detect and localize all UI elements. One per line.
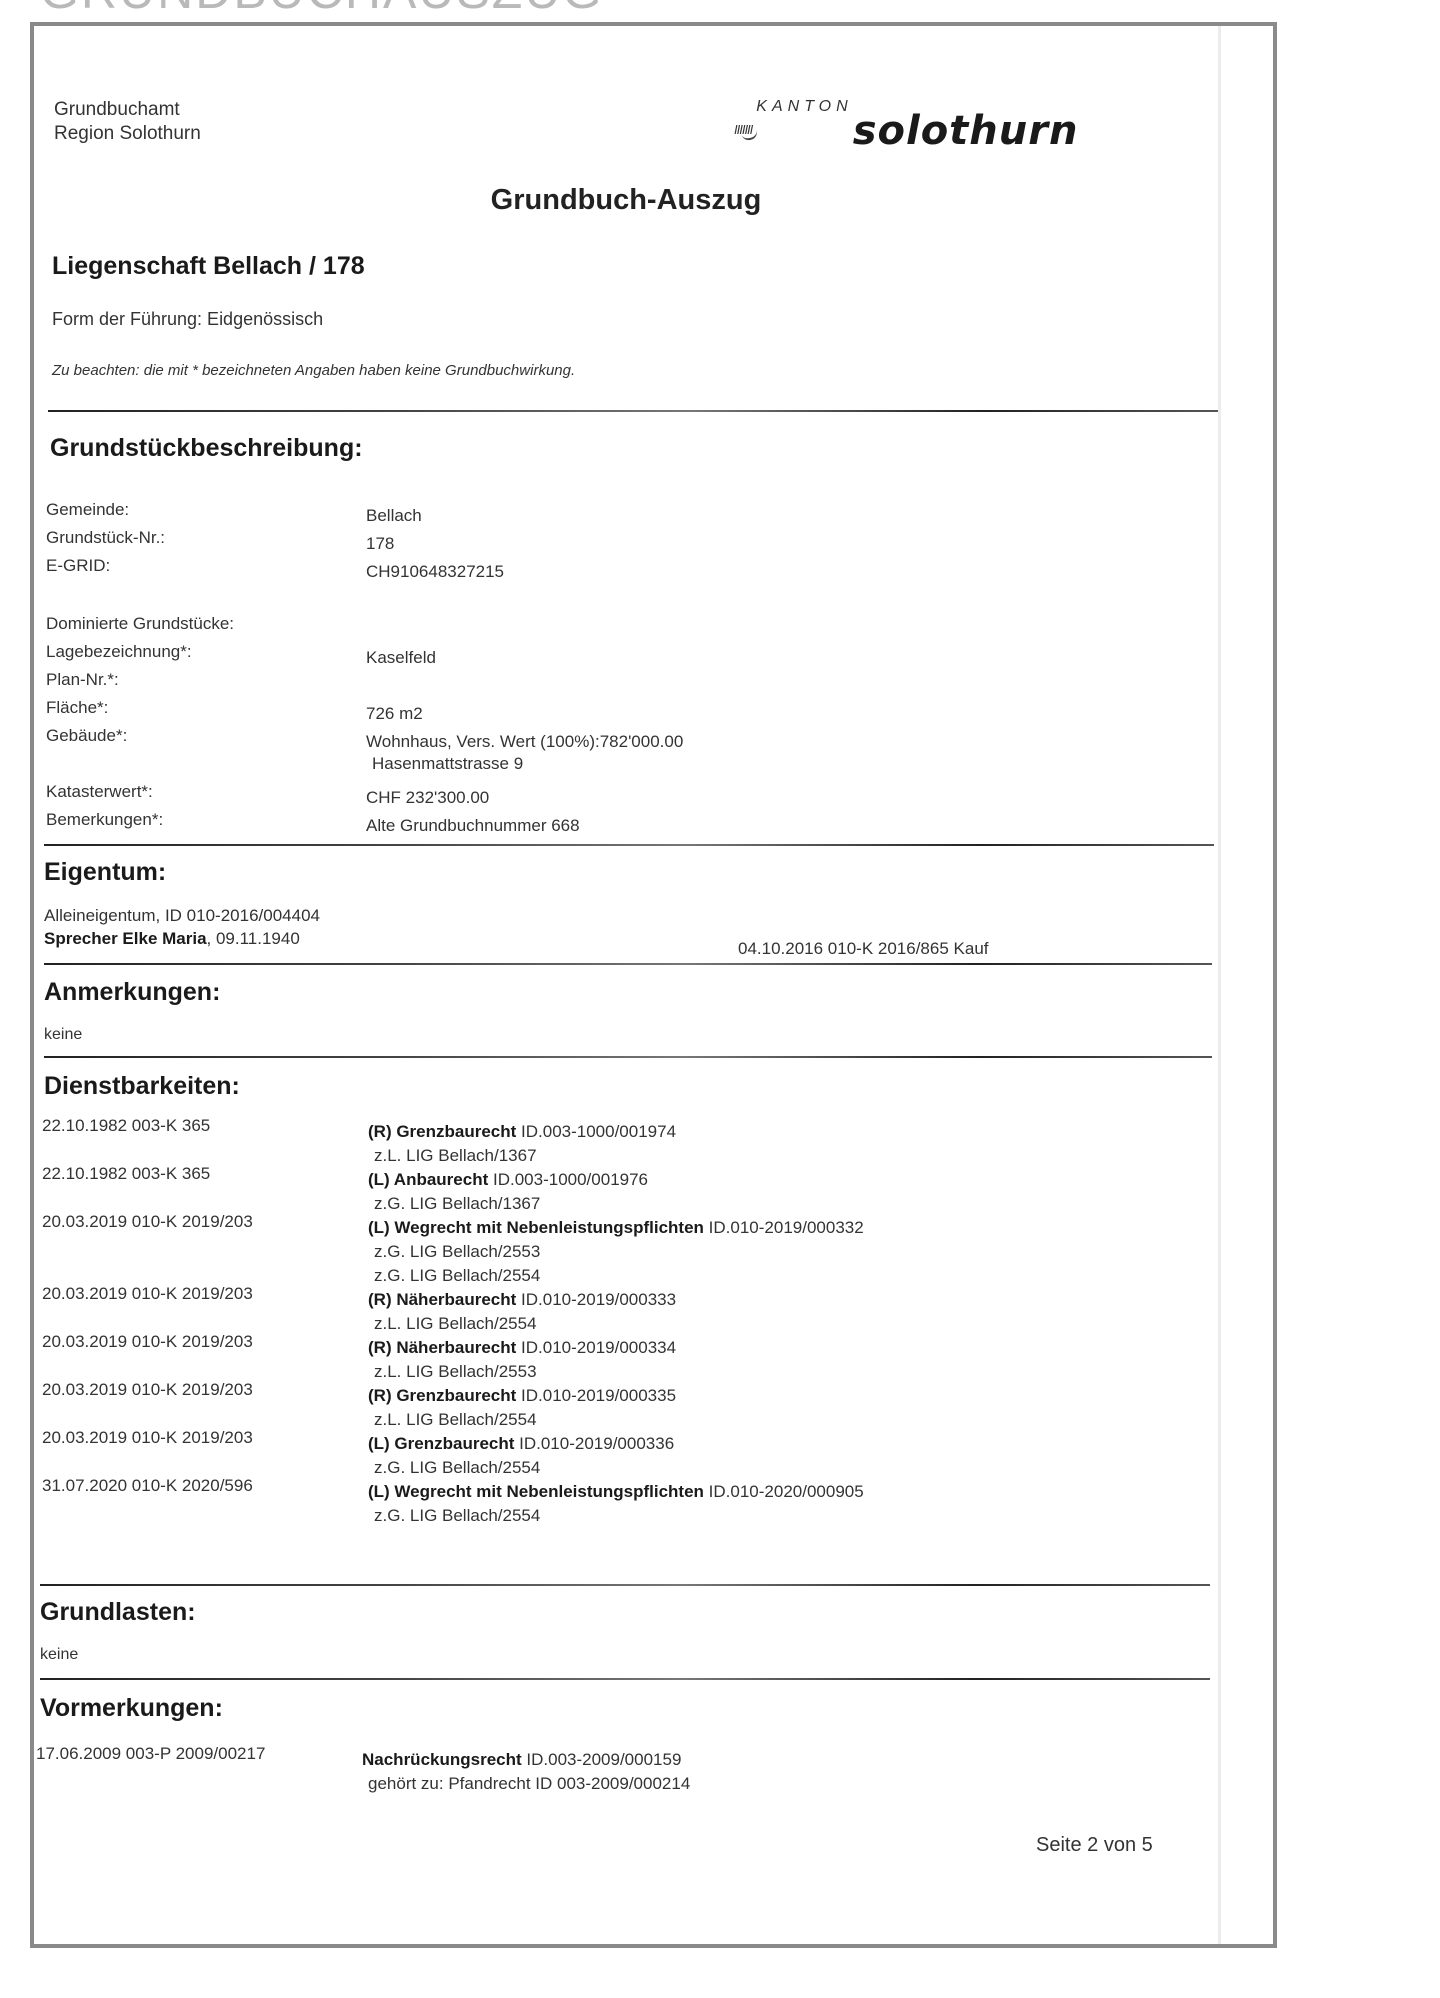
section-heading-ownership: Eigentum: — [44, 858, 166, 887]
entry-row: 20.03.2019 010-K 2019/203(R) Näherbaurec… — [42, 1282, 1142, 1336]
divider — [44, 844, 1214, 846]
page-number: Seite 2 von 5 — [1036, 1834, 1153, 1857]
entry-row: 22.10.1982 003-K 365(R) Grenzbaurecht ID… — [42, 1114, 1142, 1168]
divider — [40, 1584, 1210, 1586]
entry-row: 20.03.2019 010-K 2019/203(R) Näherbaurec… — [42, 1330, 1142, 1384]
document-title: Grundbuch-Auszug — [34, 184, 1218, 217]
entry-type: Nachrückungsrecht — [362, 1750, 522, 1769]
entry-id: ID.010-2019/000336 — [514, 1434, 674, 1453]
owner-name: Sprecher Elke Maria — [44, 929, 207, 948]
field-value: Kaselfeld — [366, 648, 436, 668]
page-heading: GRUNDBUCHAUSZUG — [40, 0, 603, 20]
entry-detail: Nachrückungsrecht ID.003-2009/000159gehö… — [362, 1742, 882, 1796]
field-value: Alte Grundbuchnummer 668 — [366, 816, 580, 836]
section-heading-priority-notices: Vormerkungen: — [40, 1694, 223, 1723]
entry-reference: 22.10.1982 003-K 365 — [42, 1162, 368, 1216]
entry-row: 20.03.2019 010-K 2019/203(L) Wegrecht mi… — [42, 1210, 1142, 1288]
office-line-1: Grundbuchamt — [54, 98, 201, 122]
entry-reference: 20.03.2019 010-K 2019/203 — [42, 1210, 368, 1288]
section-heading-annotations: Anmerkungen: — [44, 978, 220, 1007]
entry-detail: (R) Grenzbaurecht ID.003-1000/001974z.L.… — [368, 1114, 888, 1168]
field-value: CHF 232'300.00 — [366, 788, 489, 808]
section-heading-land-charges: Grundlasten: — [40, 1598, 196, 1627]
owner: Sprecher Elke Maria, 09.11.1940 — [44, 929, 300, 949]
entry-row: 20.03.2019 010-K 2019/203(L) Grenzbaurec… — [42, 1426, 1142, 1480]
field-value: 726 m2 — [366, 704, 423, 724]
office-address: Grundbuchamt Region Solothurn — [54, 98, 201, 146]
field-label: Gemeinde: — [46, 500, 129, 520]
entry-type: (R) Grenzbaurecht — [368, 1122, 516, 1141]
field-value: Wohnhaus, Vers. Wert (100%):782'000.00 — [366, 732, 683, 752]
ownership-type: Alleineigentum, ID 010-2016/004404 — [44, 906, 320, 926]
section-heading-description: Grundstückbeschreibung: — [50, 434, 363, 463]
entry-row: 22.10.1982 003-K 365(L) Anbaurecht ID.00… — [42, 1162, 1142, 1216]
divider — [44, 1056, 1212, 1058]
entry-reference: 22.10.1982 003-K 365 — [42, 1114, 368, 1168]
entry-type: (R) Grenzbaurecht — [368, 1386, 516, 1405]
entry-reference: 20.03.2019 010-K 2019/203 — [42, 1282, 368, 1336]
canton-logo: IIIIIIIKANTONsolothurn — [734, 96, 1078, 142]
entry-reference: 31.07.2020 010-K 2020/596 — [42, 1474, 368, 1528]
page-edge-line — [1218, 26, 1221, 1944]
entry-id: ID.010-2020/000905 — [704, 1482, 864, 1501]
entry-type: (L) Grenzbaurecht — [368, 1434, 514, 1453]
divider — [40, 1678, 1210, 1680]
field-label: Dominierte Grundstücke: — [46, 614, 234, 634]
entry-beneficiary: z.G. LIG Bellach/2554 — [368, 1504, 888, 1528]
entry-detail: (R) Grenzbaurecht ID.010-2019/000335z.L.… — [368, 1378, 888, 1432]
entry-id: ID.010-2019/000333 — [516, 1290, 676, 1309]
field-value: 178 — [366, 534, 394, 554]
field-label: Plan-Nr.*: — [46, 670, 119, 690]
entry-detail: (R) Näherbaurecht ID.010-2019/000334z.L.… — [368, 1330, 888, 1384]
field-label: Bemerkungen*: — [46, 810, 163, 830]
logo-solothurn: solothurn — [853, 108, 1079, 154]
ownership-entry: 04.10.2016 010-K 2016/865 Kauf — [738, 939, 989, 959]
entry-id: ID.010-2019/000332 — [704, 1218, 864, 1237]
entry-beneficiary: gehört zu: Pfandrecht ID 003-2009/000214 — [362, 1772, 882, 1796]
entry-type: (R) Näherbaurecht — [368, 1290, 516, 1309]
entry-type: (L) Wegrecht mit Nebenleistungspflichten — [368, 1482, 704, 1501]
land-charges-value: keine — [40, 1646, 78, 1664]
field-value: CH910648327215 — [366, 562, 504, 582]
entry-reference: 20.03.2019 010-K 2019/203 — [42, 1426, 368, 1480]
field-label: Lagebezeichnung*: — [46, 642, 192, 662]
priority-notices-list: 17.06.2009 003-P 2009/00217Nachrückungsr… — [36, 1742, 1136, 1796]
entry-row: 20.03.2019 010-K 2019/203(R) Grenzbaurec… — [42, 1378, 1142, 1432]
property-title: Liegenschaft Bellach / 178 — [52, 252, 365, 281]
entry-detail: (L) Wegrecht mit Nebenleistungspflichten… — [368, 1210, 888, 1288]
field-label: Fläche*: — [46, 698, 108, 718]
entry-id: ID.003-2009/000159 — [522, 1750, 682, 1769]
entry-row: 17.06.2009 003-P 2009/00217Nachrückungsr… — [36, 1742, 1136, 1796]
entry-id: ID.003-1000/001976 — [488, 1170, 648, 1189]
field-label: Grundstück-Nr.: — [46, 528, 165, 548]
field-label: Gebäude*: — [46, 726, 127, 746]
entry-detail: (L) Grenzbaurecht ID.010-2019/000336z.G.… — [368, 1426, 888, 1480]
form-of-management: Form der Führung: Eidgenössisch — [52, 309, 323, 330]
office-line-2: Region Solothurn — [54, 122, 201, 146]
annotations-value: keine — [44, 1026, 82, 1044]
entry-row: 31.07.2020 010-K 2020/596(L) Wegrecht mi… — [42, 1474, 1142, 1528]
entry-reference: 20.03.2019 010-K 2019/203 — [42, 1330, 368, 1384]
field-value-line-2: Hasenmattstrasse 9 — [372, 754, 523, 774]
field-label: Katasterwert*: — [46, 782, 153, 802]
entry-detail: (L) Anbaurecht ID.003-1000/001976z.G. LI… — [368, 1162, 888, 1216]
entry-detail: (L) Wegrecht mit Nebenleistungspflichten… — [368, 1474, 888, 1528]
entry-id: ID.003-1000/001974 — [516, 1122, 676, 1141]
section-heading-servitudes: Dienstbarkeiten: — [44, 1072, 240, 1101]
document-page: Grundbuchamt Region Solothurn IIIIIIIKAN… — [30, 22, 1277, 1948]
logo-kanton: KANTON — [756, 98, 852, 115]
entry-id: ID.010-2019/000334 — [516, 1338, 676, 1357]
divider — [48, 410, 1218, 412]
entry-id: ID.010-2019/000335 — [516, 1386, 676, 1405]
legal-note: Zu beachten: die mit * bezeichneten Anga… — [52, 362, 575, 379]
owner-birthdate: , 09.11.1940 — [207, 929, 300, 948]
servitudes-list: 22.10.1982 003-K 365(R) Grenzbaurecht ID… — [42, 1114, 1142, 1522]
field-label: E-GRID: — [46, 556, 110, 576]
entry-type: (R) Näherbaurecht — [368, 1338, 516, 1357]
entry-reference: 20.03.2019 010-K 2019/203 — [42, 1378, 368, 1432]
entry-beneficiary: z.G. LIG Bellach/2553 — [368, 1240, 888, 1264]
entry-type: (L) Wegrecht mit Nebenleistungspflichten — [368, 1218, 704, 1237]
entry-type: (L) Anbaurecht — [368, 1170, 488, 1189]
entry-detail: (R) Näherbaurecht ID.010-2019/000333z.L.… — [368, 1282, 888, 1336]
divider — [44, 963, 1212, 965]
entry-reference: 17.06.2009 003-P 2009/00217 — [36, 1742, 362, 1796]
field-value: Bellach — [366, 506, 422, 526]
